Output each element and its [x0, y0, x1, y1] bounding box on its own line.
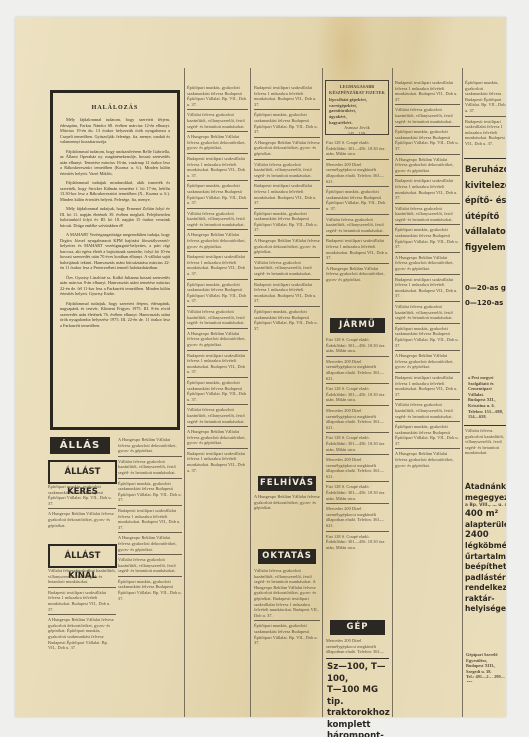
tractor-ad: Sz—100, T—100, T—100 MG tip. traktorokho… [327, 662, 393, 737]
cash-buyer-ad: LEGMAGASABB KÉSZPÉNZÁRAT FIZETEK lépcsőh… [325, 80, 389, 135]
vehicle-classifieds: Fiat 128 S. Coupé eladó. Érdeklődni: 301… [326, 337, 389, 595]
section-oktatas-banner: OKTATÁS [258, 549, 316, 564]
obituary-paragraph: A MAHART Vezérigazgatósága megrendülten … [60, 232, 170, 271]
classified-column: Vállalat felvesz gyakorlott kazánfűtőt, … [465, 428, 506, 473]
column-rule [462, 68, 463, 717]
classified-column: Budapesti textilipari szakvállalat felve… [395, 80, 460, 708]
section-allas-banner: ÁLLÁS [50, 437, 110, 454]
obituary-paragraph: Özv. Gyurtsy Lászlóné sz. Kalkó Julianna… [60, 275, 170, 297]
section-felhivas-banner: FELHÍVÁS [258, 476, 316, 491]
classified-column: Fiat 128 S. Coupé eladó. Érdeklődni: 301… [326, 140, 389, 315]
obituary-paragraph: Fájdalommal tudatjuk, hogy szeretett fér… [60, 301, 170, 329]
classified-block: Építőipari munkás, gyakorlott szakmunkás… [48, 484, 116, 542]
obituary-paragraph: Fájdalommal tudatom, hogy unokanővérem R… [60, 149, 170, 177]
classified-column: Építőipari munkás, gyakorlott szakmunkás… [187, 85, 248, 707]
classified-column: Budapesti textilipari szakvállalat felve… [254, 85, 320, 470]
divider [326, 658, 389, 659]
column-rule [184, 68, 185, 717]
section-gep-banner: GÉP [330, 620, 385, 635]
felhivas-text: A Hungexpo Reklám Vállalat felvesz gyako… [254, 494, 320, 544]
atadnank-ad: Átadnánk megegyezé… a Bp. VIII., … u. 4.… [465, 482, 506, 615]
machine-classified: Mercedes 200 Dízel személygépkocsi megkí… [326, 638, 389, 655]
divider [464, 158, 506, 159]
section-jarmu-banner: JÁRMŰ [330, 318, 385, 333]
obituary-paragraph: Fájdalommal tudatjuk mindazokkal, akik i… [60, 180, 170, 202]
atadnank-contact: Gépipari Szerelő Egyesülése, Budapest XI… [466, 652, 506, 682]
limestone-offer: 0—20-as gé… osztályozott mészkövet, 0—12… [465, 284, 506, 384]
obituary-paragraph: Mély fájdalommal tudatom, hogy szeretett… [60, 117, 170, 145]
classified-column: Építőipari munkás, gyakorlott szakmunkás… [465, 80, 506, 160]
beruhazok-contact: a Pest megyei Szolgáltató és Cementipari… [468, 375, 506, 423]
section-allast-kinal: ÁLLÁST KÍNÁL [48, 544, 117, 568]
obituary-paragraph: Mély fájdalommal tudatjuk, hogy Ermenzi … [60, 206, 170, 228]
classified-column: A Hungexpo Reklám Vállalat felvesz gyako… [118, 437, 182, 707]
column-rule [392, 68, 393, 717]
column-rule [250, 68, 251, 717]
obituaries-box: HALÁLOZÁS Mély fájdalommal tudatom, hogy… [50, 90, 180, 430]
beruhazok-ad: Beruházók, kivitelezők, építő- és útépít… [465, 162, 506, 255]
obituaries-title: HALÁLOZÁS [60, 105, 170, 111]
divider [464, 425, 506, 426]
classified-block: Vállalat felvesz gyakorlott kazánfűtőt, … [48, 568, 116, 708]
column-rule [322, 68, 323, 717]
section-allast-keres: ÁLLÁST KERES [48, 460, 117, 484]
oktatas-text: Vállalat felvesz gyakorlott kazánfűtőt, … [254, 568, 320, 708]
